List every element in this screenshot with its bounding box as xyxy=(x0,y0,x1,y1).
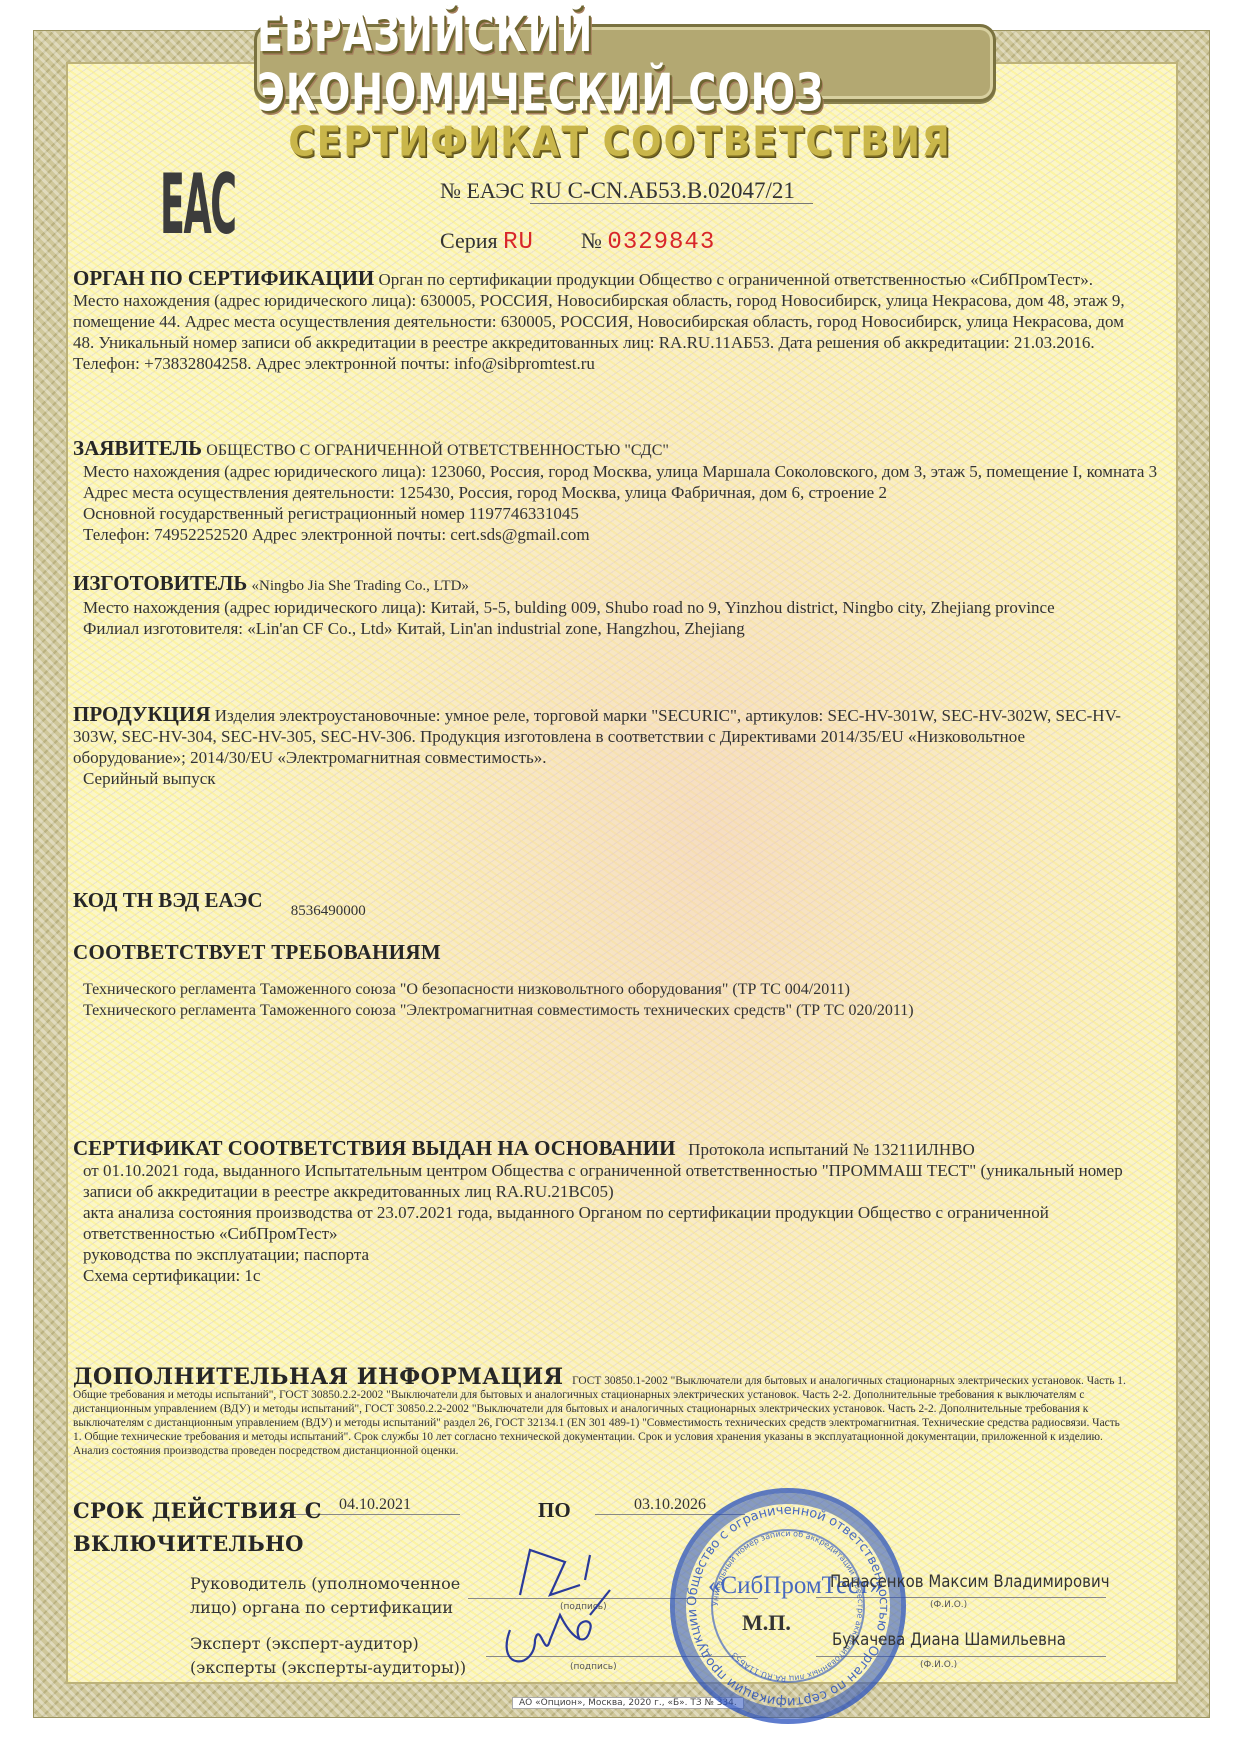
head-name: Панасенков Максим Владимирович xyxy=(830,1572,1110,1592)
basis-item: акта анализа состояния производства от 2… xyxy=(73,1202,1133,1244)
manufacturer-name: «Ningbo Jia She Trading Co., LTD» xyxy=(252,578,469,594)
certification-body-heading: ОРГАН ПО СЕРТИФИКАЦИИ xyxy=(73,266,374,290)
hs-code-value: 8536490000 xyxy=(291,903,366,919)
validity-from-label: СРОК ДЕЙСТВИЯ С xyxy=(73,1498,322,1523)
basis-item: руководства по эксплуатации; паспорта xyxy=(73,1244,1133,1265)
applicant-contacts: Телефон: 74952252520 Адрес электронной п… xyxy=(73,524,1173,545)
union-banner: ЕВРАЗИЙСКИЙ ЭКОНОМИЧЕСКИЙ СОЮЗ xyxy=(254,24,996,102)
applicant-activity-address: Адрес места осуществления деятельности: … xyxy=(73,482,1173,503)
union-title: ЕВРАЗИЙСКИЙ ЭКОНОМИЧЕСКИЙ СОЮЗ xyxy=(257,4,993,123)
requirement-item: Технического регламента Таможенного союз… xyxy=(83,1000,1173,1021)
basis-protocol: Протокола испытаний № 13211ИЛНВО xyxy=(688,1140,975,1159)
expert-signature-label: Эксперт (эксперт-аудитор) (эксперты (экс… xyxy=(190,1632,466,1680)
series-number: Серия RU № 0329843 xyxy=(440,228,715,256)
expert-name: Букачева Диана Шамильевна xyxy=(832,1630,1066,1650)
official-stamp: Общество с ограниченной ответственностью… xyxy=(670,1488,906,1724)
registration-label: № ЕАЭС xyxy=(440,178,524,203)
additional-info-heading: ДОПОЛНИТЕЛЬНАЯ ИНФОРМАЦИЯ xyxy=(73,1364,564,1390)
certification-body-section: ОРГАН ПО СЕРТИФИКАЦИИ Орган по сертифика… xyxy=(73,268,1143,374)
series-value: RU xyxy=(503,229,534,256)
applicant-section: ЗАЯВИТЕЛЬ ОБЩЕСТВО С ОГРАНИЧЕННОЙ ОТВЕТС… xyxy=(73,438,1173,545)
basis-heading: СЕРТИФИКАТ СООТВЕТСТВИЯ ВЫДАН НА ОСНОВАН… xyxy=(73,1136,675,1160)
product-heading: ПРОДУКЦИЯ xyxy=(73,702,211,726)
signature-scribble-icon xyxy=(490,1540,640,1680)
additional-info-section: ДОПОЛНИТЕЛЬНАЯ ИНФОРМАЦИЯ ГОСТ 30850.1-2… xyxy=(73,1370,1128,1458)
applicant-ogrn: Основной государственный регистрационный… xyxy=(73,503,1173,524)
applicant-name: ОБЩЕСТВО С ОГРАНИЧЕННОЙ ОТВЕТСТВЕННОСТЬЮ… xyxy=(206,442,669,459)
validity-inclusive-label: ВКЛЮЧИТЕЛЬНО xyxy=(73,1531,322,1556)
registration-number: № ЕАЭС RU С-CN.АБ53.В.02047/21 xyxy=(440,178,813,204)
requirement-item: Технического регламента Таможенного союз… xyxy=(83,979,1173,1000)
expert-name-caption: (Ф.И.О.) xyxy=(920,1660,957,1670)
requirements-heading: СООТВЕТСТВУЕТ ТРЕБОВАНИЯМ xyxy=(73,942,1173,963)
manufacturer-heading: ИЗГОТОВИТЕЛЬ xyxy=(73,571,247,595)
registration-value: RU С-CN.АБ53.В.02047/21 xyxy=(530,178,813,204)
seal-label: М.П. xyxy=(742,1610,791,1636)
basis-section: СЕРТИФИКАТ СООТВЕТСТВИЯ ВЫДАН НА ОСНОВАН… xyxy=(73,1138,1133,1286)
manufacturer-section: ИЗГОТОВИТЕЛЬ «Ningbo Jia She Trading Co.… xyxy=(73,573,1173,639)
number-label: № xyxy=(581,228,602,253)
validity-to-label: ПО xyxy=(538,1498,571,1523)
requirements-section: СООТВЕТСТВУЕТ ТРЕБОВАНИЯМ Технического р… xyxy=(73,942,1173,1021)
applicant-legal-address: Место нахождения (адрес юридического лиц… xyxy=(73,461,1173,482)
validity-section: СРОК ДЕЙСТВИЯ С ВКЛЮЧИТЕЛЬНО xyxy=(73,1498,322,1556)
number-value: 0329843 xyxy=(607,229,715,256)
applicant-heading: ЗАЯВИТЕЛЬ xyxy=(73,436,202,460)
product-release: Серийный выпуск xyxy=(73,768,1123,789)
basis-item: от 01.10.2021 года, выданного Испытатель… xyxy=(73,1160,1133,1202)
basis-scheme: Схема сертификации: 1с xyxy=(73,1265,1133,1286)
manufacturer-address: Место нахождения (адрес юридического лиц… xyxy=(73,597,1173,618)
manufacturer-branch: Филиал изготовителя: «Lin'an CF Co., Ltd… xyxy=(73,618,1173,639)
series-label: Серия xyxy=(440,228,498,253)
product-section: ПРОДУКЦИЯ Изделия электроустановочные: у… xyxy=(73,704,1123,789)
hs-code-heading: КОД ТН ВЭД ЕАЭС xyxy=(73,888,263,912)
head-name-caption: (Ф.И.О.) xyxy=(930,1600,967,1610)
hs-code-section: КОД ТН ВЭД ЕАЭС 8536490000 xyxy=(73,890,1173,914)
eac-logo-icon: EAC xyxy=(160,158,236,254)
head-signature-label: Руководитель (уполномоченное лицо) орган… xyxy=(190,1572,460,1620)
product-text: Изделия электроустановочные: умное реле,… xyxy=(73,706,1121,767)
additional-info-text: ГОСТ 30850.1-2002 "Выключатели для бытов… xyxy=(73,1375,1126,1457)
svg-text:Уникальный номер записи об акк: Уникальный номер записи об аккредитации … xyxy=(711,1529,865,1683)
